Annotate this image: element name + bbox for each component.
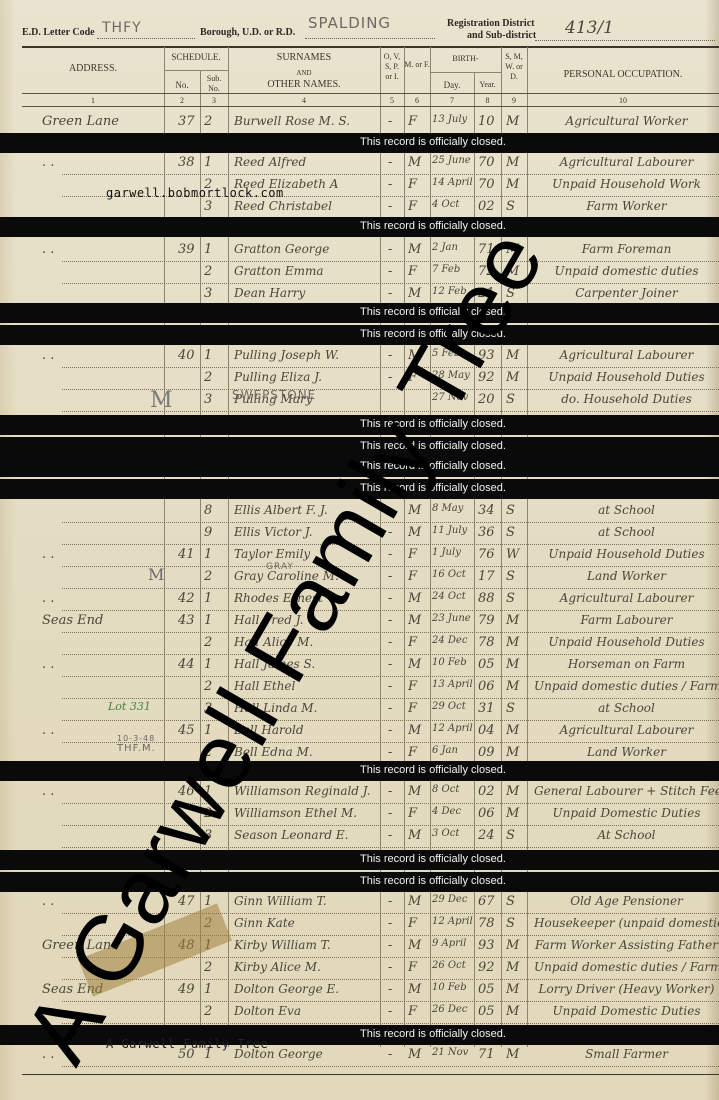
row-rule <box>62 1066 719 1067</box>
birth-year-cell: 31 <box>478 701 504 716</box>
occupation-cell: Land Worker <box>534 569 719 583</box>
census-page: E.D. Letter Code THFY Borough, U.D. or R… <box>0 0 719 1100</box>
name-cell: Williamson Ethel M. <box>234 806 384 820</box>
closed-record-bar: This record is officially closed. <box>0 325 719 345</box>
birth-year-cell: 05 <box>478 1004 504 1019</box>
marital-cell: M <box>506 114 526 129</box>
sex-cell: M <box>408 613 428 628</box>
birth-day-cell: 29 Dec <box>432 894 476 905</box>
name-cell: Season Leonard E. <box>234 828 384 842</box>
name-cell: Dolton George E. <box>234 982 384 996</box>
page-shadow-left <box>0 0 16 1100</box>
marital-cell: M <box>506 723 526 738</box>
marital-cell: M <box>506 155 526 170</box>
ovspi-cell: - <box>388 828 402 843</box>
ovspi-cell: - <box>388 569 402 584</box>
marital-cell: W <box>506 547 526 562</box>
closed-record-text: This record is officially closed. <box>360 1028 506 1040</box>
marital-cell: S <box>506 828 526 843</box>
col-header-marital: S, M, W. or D. <box>503 52 525 82</box>
sex-cell: M <box>408 982 428 997</box>
ovspi-cell: - <box>388 657 402 672</box>
table-row: Seas End431Hall Fred J.-M23 June79MFarm … <box>22 611 719 633</box>
birth-day-cell: 10 Feb <box>432 657 476 668</box>
marital-cell: S <box>506 701 526 716</box>
ovspi-cell: - <box>388 286 402 301</box>
occupation-cell: Agricultural Labourer <box>534 591 719 605</box>
col-header-and: AND <box>228 68 380 78</box>
sex-cell: F <box>408 264 428 279</box>
occupation-cell: Housekeeper (unpaid domestic duties) <box>534 916 719 930</box>
schedule-sub-cell: 1 <box>204 348 224 363</box>
annotation-stamp-code: THF.M. <box>117 743 156 754</box>
marital-cell: M <box>506 613 526 628</box>
marital-cell: M <box>506 679 526 694</box>
sex-cell: M <box>408 894 428 909</box>
birth-divider <box>430 72 501 73</box>
occupation-cell: Agricultural Worker <box>534 114 719 128</box>
sex-cell: F <box>408 547 428 562</box>
ovspi-cell: - <box>388 894 402 909</box>
name-cell: Gratton Emma <box>234 264 384 278</box>
sex-cell: F <box>408 701 428 716</box>
registration-value: 413/1 <box>565 18 614 38</box>
name-cell: Pulling Joseph W. <box>234 348 384 362</box>
watermark-url: garwell.bobmortlock.com <box>106 186 284 200</box>
ovspi-cell: - <box>388 723 402 738</box>
marital-cell: M <box>506 960 526 975</box>
birth-day-cell: 13 July <box>432 114 476 125</box>
marital-cell: M <box>506 982 526 997</box>
occupation-cell: Carpenter Joiner <box>534 286 719 300</box>
closed-record-text: This record is officially closed. <box>360 853 506 865</box>
schedule-sub-cell: 1 <box>204 547 224 562</box>
marital-cell: S <box>506 525 526 540</box>
birth-year-cell: 04 <box>478 723 504 738</box>
occupation-cell: at School <box>534 503 719 517</box>
name-cell: Reed Christabel <box>234 199 384 213</box>
sex-cell: M <box>408 591 428 606</box>
address-cell: . . <box>42 657 162 672</box>
birth-year-cell: 05 <box>478 982 504 997</box>
birth-day-cell: 3 Oct <box>432 828 476 839</box>
schedule-sub-cell: 2 <box>204 370 224 385</box>
col-header-schedule-sub: Sub. No. <box>202 74 226 94</box>
table-row: . .391Gratton George-M2 Jan71MFarm Forem… <box>22 240 719 262</box>
ovspi-cell: - <box>388 199 402 214</box>
birth-day-cell: 8 Oct <box>432 784 476 795</box>
sex-cell: F <box>408 916 428 931</box>
occupation-cell: Agricultural Labourer <box>534 155 719 169</box>
schedule-sub-cell: 9 <box>204 525 224 540</box>
margin-annotation-m: M <box>148 565 164 584</box>
sex-cell: F <box>408 806 428 821</box>
occupation-cell: Agricultural Labourer <box>534 723 719 737</box>
birth-day-cell: 10 Feb <box>432 982 476 993</box>
name-cell: Dean Harry <box>234 286 384 300</box>
ed-code-underline <box>97 38 195 39</box>
ed-letter-code-label: E.D. Letter Code <box>22 27 95 38</box>
ed-letter-code-value: THFY <box>102 20 142 36</box>
occupation-cell: Old Age Pensioner <box>534 894 719 908</box>
borough-value: SPALDING <box>308 14 391 32</box>
column-number: 2 <box>164 96 200 105</box>
colnum-bottom-rule <box>22 106 719 107</box>
sex-cell: M <box>408 657 428 672</box>
schedule-sub-cell: 2 <box>204 569 224 584</box>
birth-day-cell: 6 Jan <box>432 745 476 756</box>
occupation-cell: Unpaid Domestic Duties <box>534 806 719 820</box>
birth-day-cell: 12 April <box>432 723 476 734</box>
closed-record-bar: This record is officially closed. <box>0 761 719 781</box>
closed-record-text: This record is officially closed. <box>360 764 506 776</box>
marital-cell: S <box>506 392 526 407</box>
occupation-cell: Small Farmer <box>534 1047 719 1061</box>
sex-cell: M <box>408 828 428 843</box>
occupation-cell: At School <box>534 828 719 842</box>
marital-cell: S <box>506 916 526 931</box>
birth-day-cell: 14 April <box>432 177 476 188</box>
address-cell: . . <box>42 591 162 606</box>
schedule-sub-cell: 3 <box>204 392 224 407</box>
table-row: 3Reed Christabel-F4 Oct02SFarm Worker <box>22 197 719 219</box>
col-header-birth: BIRTH- <box>430 54 501 64</box>
occupation-cell: Lorry Driver (Heavy Worker) <box>534 982 719 996</box>
name-cell: Dolton Eva <box>234 1004 384 1018</box>
column-number: 4 <box>228 96 380 105</box>
occupation-cell: Unpaid Household Duties <box>534 635 719 649</box>
marital-cell: M <box>506 1004 526 1019</box>
schedule-sub-cell: 2 <box>204 1004 224 1019</box>
ovspi-cell: - <box>388 177 402 192</box>
name-cell: Pulling Eliza J. <box>234 370 384 384</box>
header-bottom-rule <box>22 93 719 94</box>
schedule-sub-cell: 2 <box>204 114 224 129</box>
watermark-small: A Garwell Family Tree <box>106 1037 268 1051</box>
sex-cell: M <box>408 723 428 738</box>
marital-cell: S <box>506 569 526 584</box>
birth-day-cell: 24 Dec <box>432 635 476 646</box>
birth-year-cell: 10 <box>478 114 504 129</box>
marital-cell: M <box>506 806 526 821</box>
occupation-cell: at School <box>534 525 719 539</box>
birth-day-cell: 1 July <box>432 547 476 558</box>
table-row: 2Hall Alice M.-F24 Dec78MUnpaid Househol… <box>22 633 719 655</box>
birth-year-cell: 78 <box>478 635 504 650</box>
column-number: 3 <box>200 96 228 105</box>
sex-cell: F <box>408 199 428 214</box>
occupation-cell: Unpaid domestic duties / Farm Worker <box>534 679 719 693</box>
address-cell: . . <box>42 348 162 363</box>
schedule-sub-cell: 3 <box>204 199 224 214</box>
marital-cell: M <box>506 657 526 672</box>
address-cell: . . <box>42 547 162 562</box>
schedule-sub-cell: 1 <box>204 591 224 606</box>
sex-cell: M <box>408 938 428 953</box>
birth-year-cell: 02 <box>478 784 504 799</box>
birth-day-cell: 25 June <box>432 155 476 166</box>
schedule-sub-cell: 3 <box>204 286 224 301</box>
birth-year-cell: 36 <box>478 525 504 540</box>
name-cell: Ginn William T. <box>234 894 384 908</box>
schedule-sub-cell: 1 <box>204 613 224 628</box>
marital-cell: S <box>506 199 526 214</box>
ovspi-cell: - <box>388 242 402 257</box>
sex-cell: F <box>408 114 428 129</box>
birth-day-cell: 26 Oct <box>432 960 476 971</box>
closed-record-bar: This record is officially closed. <box>0 217 719 237</box>
address-cell: Seas End <box>42 613 162 628</box>
table-row: 2Pulling Eliza J.-F28 May92MUnpaid House… <box>22 368 719 390</box>
name-cell: Ginn Kate <box>234 916 384 930</box>
sex-cell: F <box>408 569 428 584</box>
ovspi-cell: - <box>388 1047 402 1062</box>
col-header-birth-day: Day. <box>430 80 474 90</box>
col-header-ovspi: O, V, S, P. or I. <box>382 52 402 82</box>
marital-cell: S <box>506 503 526 518</box>
name-cell: Kirby William T. <box>234 938 384 952</box>
occupation-cell: General Labourer + Stitch Fees <box>534 784 719 798</box>
occupation-cell: Unpaid Household Duties <box>534 370 719 384</box>
table-row: Green Lane372Burwell Rose M. S.-F13 July… <box>22 112 719 134</box>
ovspi-cell: - <box>388 591 402 606</box>
col-header-sex: M. or F. <box>404 60 430 70</box>
marital-cell: M <box>506 938 526 953</box>
birth-day-cell: 12 April <box>432 916 476 927</box>
ovspi-cell: - <box>388 155 402 170</box>
col-header-birth-year: Year. <box>474 80 501 90</box>
margin-annotation-m: M <box>150 388 173 413</box>
closed-record-bar: This record is officially closed. <box>0 133 719 153</box>
table-row: . .441Hall James S.-M10 Feb05MHorseman o… <box>22 655 719 677</box>
sex-cell: M <box>408 155 428 170</box>
birth-day-cell: 16 Oct <box>432 569 476 580</box>
marital-cell: M <box>506 745 526 760</box>
ovspi-cell: - <box>388 1004 402 1019</box>
birth-year-cell: 79 <box>478 613 504 628</box>
birth-year-cell: 71 <box>478 1047 504 1062</box>
annotation-lot: Lot 331 <box>108 700 151 713</box>
occupation-cell: Unpaid domestic duties / Farm Worker <box>534 960 719 974</box>
registration-label: Registration District <box>447 18 534 29</box>
name-cell: Kirby Alice M. <box>234 960 384 974</box>
table-row: . .381Reed Alfred-M25 June70MAgricultura… <box>22 153 719 175</box>
birth-day-cell: 4 Dec <box>432 806 476 817</box>
name-cell: Burwell Rose M. S. <box>234 114 384 128</box>
birth-day-cell: 29 Oct <box>432 701 476 712</box>
subdistrict-label: and Sub-district <box>467 30 536 41</box>
birth-year-cell: 88 <box>478 591 504 606</box>
birth-year-cell: 09 <box>478 745 504 760</box>
column-number: 5 <box>380 96 404 105</box>
registration-underline <box>535 40 715 41</box>
birth-day-cell: 24 Oct <box>432 591 476 602</box>
birth-year-cell: 93 <box>478 938 504 953</box>
table-row: . .401Pulling Joseph W.-M5 Feb93MAgricul… <box>22 346 719 368</box>
marital-cell: S <box>506 894 526 909</box>
ovspi-cell: - <box>388 635 402 650</box>
birth-year-cell: 92 <box>478 960 504 975</box>
birth-year-cell: 70 <box>478 177 504 192</box>
header-top-rule <box>22 46 719 48</box>
col-header-schedule: SCHEDULE. <box>164 52 228 62</box>
schedule-sub-cell: 1 <box>204 982 224 997</box>
ovspi-cell: - <box>388 784 402 799</box>
annotation-sweepstone: SWEPSTONE <box>232 388 316 402</box>
column-number: 7 <box>430 96 474 105</box>
col-header-surnames: SURNAMES <box>228 53 380 63</box>
ovspi-cell: - <box>388 745 402 760</box>
birth-year-cell: 06 <box>478 806 504 821</box>
birth-day-cell: 11 July <box>432 525 476 536</box>
address-cell: Green Lane <box>42 114 162 129</box>
ovspi-cell: - <box>388 114 402 129</box>
table-row: 2Gratton Emma-F7 Feb72MUnpaid domestic d… <box>22 262 719 284</box>
birth-day-cell: 4 Oct <box>432 199 476 210</box>
column-number: 10 <box>527 96 719 105</box>
ovspi-cell: - <box>388 806 402 821</box>
borough-underline <box>305 38 435 39</box>
ovspi-cell: - <box>388 938 402 953</box>
birth-day-cell: 8 May <box>432 503 476 514</box>
birth-year-cell: 34 <box>478 503 504 518</box>
sex-cell: F <box>408 745 428 760</box>
ovspi-cell: - <box>388 264 402 279</box>
sex-cell: F <box>408 679 428 694</box>
ovspi-cell: - <box>388 701 402 716</box>
table-row: 2Hall Ethel-F13 April06MUnpaid domestic … <box>22 677 719 699</box>
schedule-sub-cell: 8 <box>204 503 224 518</box>
schedule-sub-cell: 2 <box>204 264 224 279</box>
column-number: 9 <box>501 96 527 105</box>
sex-cell: F <box>408 1004 428 1019</box>
birth-year-cell: 67 <box>478 894 504 909</box>
table-bottom-rule <box>22 1074 719 1075</box>
occupation-cell: Horseman on Farm <box>534 657 719 671</box>
marital-cell: M <box>506 370 526 385</box>
row-rule <box>62 1023 719 1024</box>
birth-day-cell: 21 Nov <box>432 1047 476 1058</box>
ovspi-cell: - <box>388 982 402 997</box>
sex-cell: M <box>408 1047 428 1062</box>
birth-year-cell: 78 <box>478 916 504 931</box>
schedule-sub-cell: 1 <box>204 155 224 170</box>
occupation-cell: Agricultural Labourer <box>534 348 719 362</box>
col-header-occupation: PERSONAL OCCUPATION. <box>527 70 719 80</box>
name-cell: Reed Alfred <box>234 155 384 169</box>
birth-day-cell: 9 April <box>432 938 476 949</box>
column-number: 1 <box>22 96 164 105</box>
col-header-other-names: OTHER NAMES. <box>228 80 380 90</box>
sex-cell: F <box>408 177 428 192</box>
schedule-divider <box>164 70 228 71</box>
occupation-cell: Farm Worker Assisting Father <box>534 938 719 952</box>
birth-day-cell: 26 Dec <box>432 1004 476 1015</box>
occupation-cell: Farm Foreman <box>534 242 719 256</box>
occupation-cell: Unpaid Household Duties <box>534 547 719 561</box>
ovspi-cell: - <box>388 613 402 628</box>
occupation-cell: Unpaid Domestic Duties <box>534 1004 719 1018</box>
borough-label: Borough, U.D. or R.D. <box>200 27 295 38</box>
address-cell: . . <box>42 242 162 257</box>
birth-year-cell: 70 <box>478 155 504 170</box>
marital-cell: M <box>506 177 526 192</box>
ovspi-cell: - <box>388 679 402 694</box>
occupation-cell: Land Worker <box>534 745 719 759</box>
table-row: . .461Williamson Reginald J.-M8 Oct02MGe… <box>22 782 719 804</box>
birth-day-cell: 23 June <box>432 613 476 624</box>
column-number: 8 <box>474 96 501 105</box>
annotation-stamp-date: 10-3-48 <box>117 734 155 743</box>
sex-cell: F <box>408 960 428 975</box>
col-header-schedule-no: No. <box>164 80 200 90</box>
col-header-address: ADDRESS. <box>22 64 164 74</box>
birth-year-cell: 24 <box>478 828 504 843</box>
birth-year-cell: 17 <box>478 569 504 584</box>
occupation-cell: Farm Labourer <box>534 613 719 627</box>
marital-cell: M <box>506 784 526 799</box>
marital-cell: S <box>506 591 526 606</box>
sex-cell: M <box>408 784 428 799</box>
birth-year-cell: 05 <box>478 657 504 672</box>
address-cell: . . <box>42 155 162 170</box>
birth-day-cell: 13 April <box>432 679 476 690</box>
ovspi-cell: - <box>388 960 402 975</box>
schedule-sub-cell: 1 <box>204 242 224 257</box>
sex-cell: M <box>408 242 428 257</box>
occupation-cell: Farm Worker <box>534 199 719 213</box>
occupation-cell: Unpaid Household Work <box>534 177 719 191</box>
sex-cell: F <box>408 635 428 650</box>
occupation-cell: do. Household Duties <box>534 392 719 406</box>
occupation-cell: at School <box>534 701 719 715</box>
closed-record-text: This record is officially closed. <box>360 875 506 887</box>
birth-year-cell: 02 <box>478 199 504 214</box>
closed-record-text: This record is officially closed. <box>360 136 506 148</box>
schedule-sub-cell: 2 <box>204 960 224 975</box>
name-cell: Gratton George <box>234 242 384 256</box>
birth-year-cell: 06 <box>478 679 504 694</box>
closed-record-bar: This record is officially closed. <box>0 303 719 323</box>
column-number: 6 <box>404 96 430 105</box>
schedule-sub-cell: 2 <box>204 635 224 650</box>
ovspi-cell: - <box>388 916 402 931</box>
birth-year-cell: 76 <box>478 547 504 562</box>
marital-cell: M <box>506 635 526 650</box>
marital-cell: M <box>506 1047 526 1062</box>
